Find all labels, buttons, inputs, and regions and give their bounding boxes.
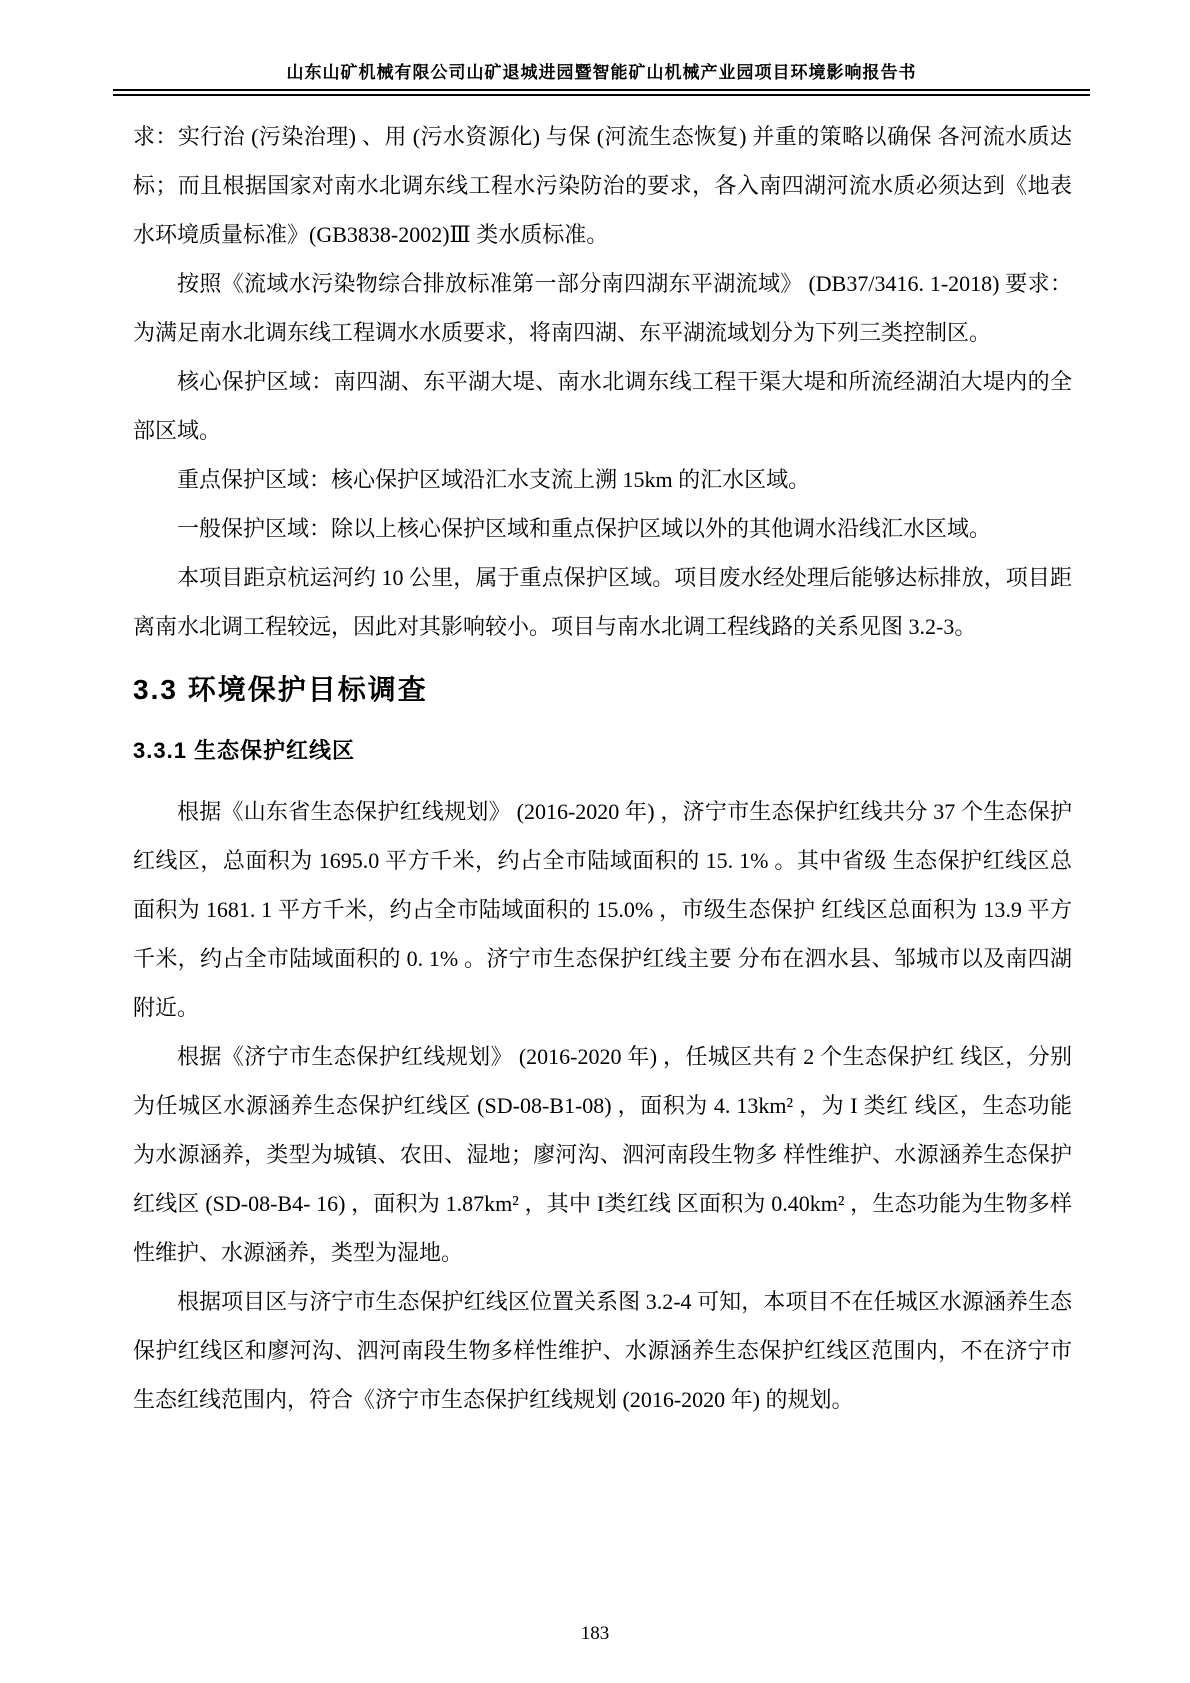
page-header: 山东山矿机械有限公司山矿退城进园暨智能矿山机械产业园项目环境影响报告书 (113, 58, 1090, 96)
page-header-title: 山东山矿机械有限公司山矿退城进园暨智能矿山机械产业园项目环境影响报告书 (113, 58, 1090, 83)
subsection-heading: 3.3.1 生态保护红线区 (133, 726, 1072, 775)
paragraph: 核心保护区域：南四湖、东平湖大堤、南水北调东线工程干渠大堤和所流经湖泊大堤内的全… (133, 357, 1072, 455)
paragraph: 根据《济宁市生态保护红线规划》 (2016-2020 年) ，任城区共有 2 个… (133, 1032, 1072, 1277)
paragraph: 根据《山东省生态保护红线规划》 (2016-2020 年) ，济宁市生态保护红线… (133, 787, 1072, 1032)
paragraph: 重点保护区域：核心保护区域沿汇水支流上溯 15km 的汇水区域。 (133, 455, 1072, 504)
paragraph: 按照《流域水污染物综合排放标准第一部分南四湖东平湖流域》 (DB37/3416.… (133, 259, 1072, 357)
paragraph: 本项目距京杭运河约 10 公里，属于重点保护区域。项目废水经处理后能够达标排放，… (133, 553, 1072, 651)
page-footer: 183 (0, 1623, 1190, 1645)
document-body: 求：实行治 (污染治理) 、用 (污水资源化) 与保 (河流生态恢复) 并重的策… (133, 112, 1072, 1424)
paragraph: 根据项目区与济宁市生态保护红线区位置关系图 3.2-4 可知，本项目不在任城区水… (133, 1277, 1072, 1424)
paragraph: 一般保护区域：除以上核心保护区域和重点保护区域以外的其他调水沿线汇水区域。 (133, 504, 1072, 553)
page-number: 183 (581, 1623, 610, 1644)
section-heading: 3.3 环境保护目标调查 (133, 665, 1072, 714)
paragraph: 求：实行治 (污染治理) 、用 (污水资源化) 与保 (河流生态恢复) 并重的策… (133, 112, 1072, 259)
document-page: 山东山矿机械有限公司山矿退城进园暨智能矿山机械产业园项目环境影响报告书 求：实行… (0, 0, 1190, 1683)
